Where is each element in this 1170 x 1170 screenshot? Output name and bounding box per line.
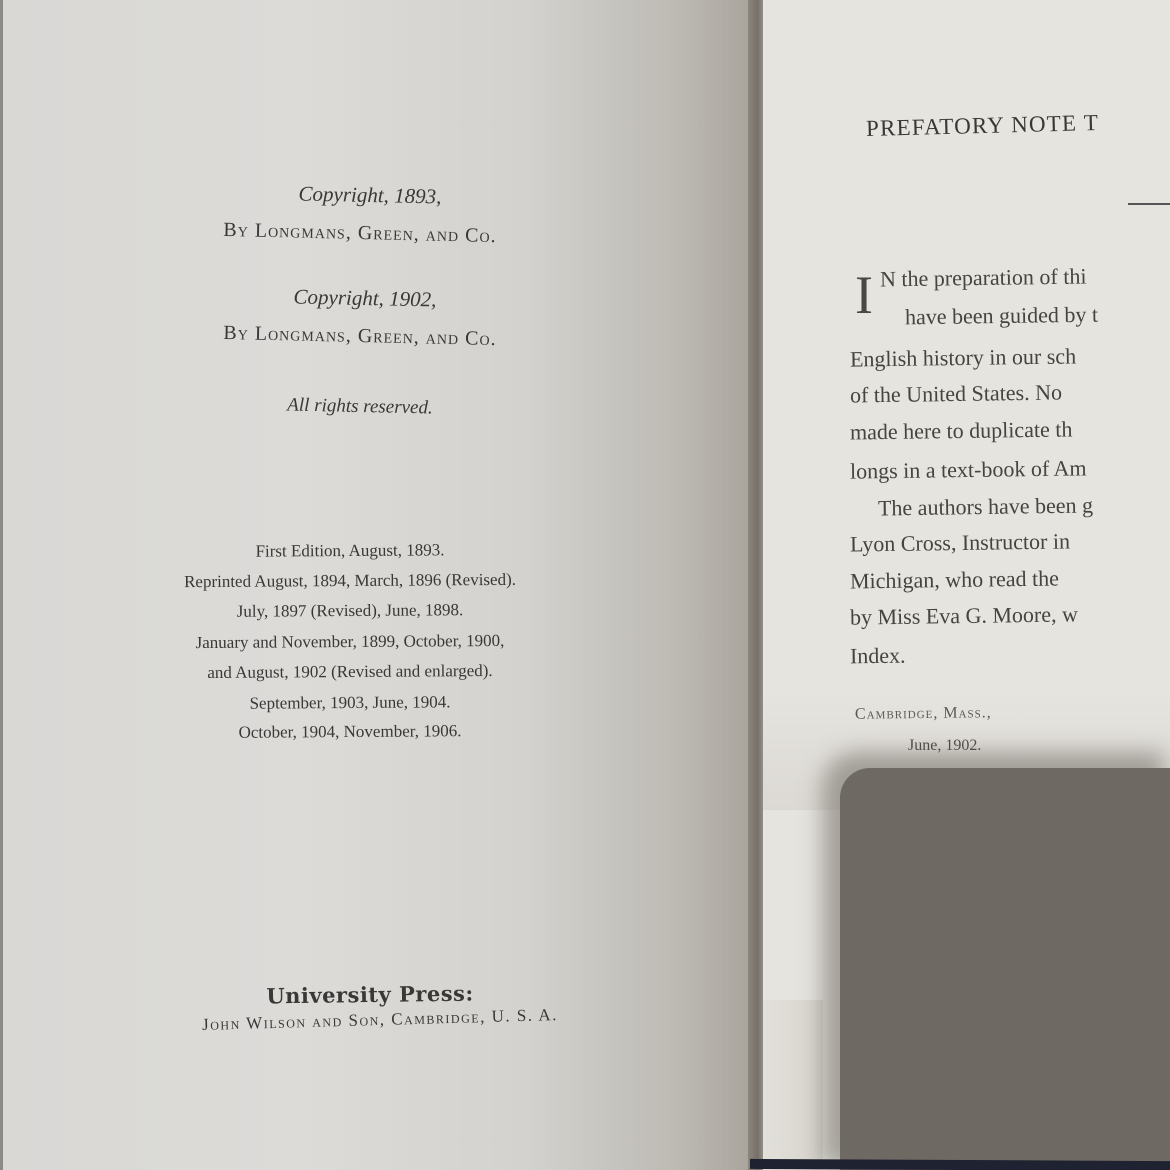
- signoff-date: June, 1902.: [908, 737, 981, 755]
- edition-line: July, 1897 (Revised), June, 1898.: [130, 599, 570, 622]
- body-line: N the preparation of thi: [880, 264, 1087, 293]
- drop-cap: I: [855, 268, 873, 322]
- body-line: Lyon Cross, Instructor in: [850, 528, 1070, 557]
- hand-shadow: [840, 768, 1170, 1170]
- body-line: Michigan, who read the: [850, 566, 1059, 595]
- edition-line: October, 1904, November, 1906.: [130, 720, 570, 743]
- body-line: by Miss Eva G. Moore, w: [850, 601, 1078, 630]
- edition-line: and August, 1902 (Revised and enlarged).: [130, 660, 570, 683]
- body-line: longs in a text-book of Am: [850, 455, 1087, 484]
- edition-line: September, 1903, June, 1904.: [130, 691, 570, 714]
- body-line: The authors have been g: [878, 493, 1093, 522]
- body-line: of the United States. No: [850, 380, 1062, 409]
- edition-line: Reprinted August, 1894, March, 1896 (Rev…: [130, 569, 570, 592]
- edition-line: January and November, 1899, October, 190…: [130, 630, 570, 653]
- body-line: made here to duplicate th: [850, 416, 1073, 445]
- signoff-place: Cambridge, Mass.,: [855, 704, 992, 723]
- page-lit-strip: [763, 1000, 823, 1170]
- body-line: English history in our sch: [850, 343, 1076, 372]
- edition-line: First Edition, August, 1893.: [130, 539, 570, 562]
- heading-rule: [1128, 203, 1170, 205]
- press-name: University Press:: [250, 980, 490, 1008]
- body-line: Index.: [850, 643, 906, 670]
- book-gutter: [748, 0, 764, 1170]
- book-cover-edge: [750, 1159, 1170, 1170]
- body-line: have been guided by t: [905, 302, 1098, 331]
